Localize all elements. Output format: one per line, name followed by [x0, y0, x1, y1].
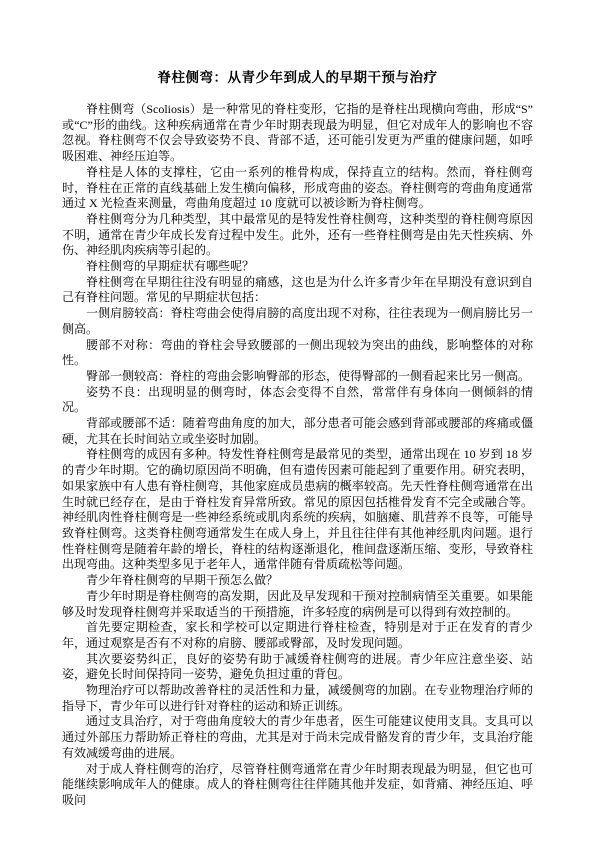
heading-early-intervention: 青少年脊柱侧弯的早期干预怎么做？ — [62, 573, 533, 589]
symptom-back-pain: 背部或腰部不适：随着弯曲角度的加大，部分患者可能会感到背部或腰部的疼痛或僵硬，尤… — [62, 416, 533, 447]
paragraph-posture-correction: 其次要姿势纠正，良好的姿势有助于减缓脊柱侧弯的进展。青少年应注意坐姿、站姿，避免… — [62, 652, 533, 683]
symptom-posture: 姿势不良：出现明显的侧弯时，体态会变得不自然，常常伴有身体向一侧倾斜的情况。 — [62, 385, 533, 416]
paragraph-intro: 脊柱侧弯（Scoliosis）是一种常见的脊柱变形，它指的是脊柱出现横向弯曲，形… — [62, 102, 533, 165]
paragraph-symptoms-intro: 脊柱侧弯在早期往往没有明显的痛感，这也是为什么许多青少年在早期没有意识到自己有脊… — [62, 275, 533, 306]
paragraph-types: 脊柱侧弯分为几种类型，其中最常见的是特发性脊柱侧弯，这种类型的脊柱侧弯原因不明，… — [62, 212, 533, 259]
document-body: 脊柱侧弯（Scoliosis）是一种常见的脊柱变形，它指的是脊柱出现横向弯曲，形… — [62, 102, 533, 809]
symptom-shoulder: 一侧肩膀较高：脊柱弯曲会使得肩膀的高度出现不对称，往往表现为一侧肩膀比另一侧高。 — [62, 306, 533, 337]
document-page: 脊柱侧弯：从青少年到成人的早期干预与治疗 脊柱侧弯（Scoliosis）是一种常… — [0, 0, 595, 841]
symptom-hip: 臀部一侧较高：脊柱的弯曲会影响臀部的形态，使得臀部的一侧看起来比另一侧高。 — [62, 369, 533, 385]
paragraph-adult-treatment: 对于成人脊柱侧弯的治疗，尽管脊柱侧弯通常在青少年时期表现最为明显，但它也可能继续… — [62, 762, 533, 809]
document-title: 脊柱侧弯：从青少年到成人的早期干预与治疗 — [62, 68, 533, 88]
heading-early-symptoms: 脊柱侧弯的早期症状有哪些呢？ — [62, 259, 533, 275]
paragraph-brace-treatment: 通过支具治疗，对于弯曲角度较大的青少年患者，医生可能建议使用支具。支具可以通过外… — [62, 714, 533, 761]
paragraph-spine-structure: 脊柱是人体的支撑柱，它由一系列的椎骨构成，保持直立的结构。然而，脊柱侧弯时，脊柱… — [62, 165, 533, 212]
paragraph-physical-therapy: 物理治疗可以帮助改善脊柱的灵活性和力量，减缓侧弯的加剧。在专业物理治疗师的指导下… — [62, 683, 533, 714]
paragraph-causes: 脊柱侧弯的成因有多种。特发性脊柱侧弯是最常见的类型，通常出现在 10 岁到 18… — [62, 447, 533, 573]
paragraph-intervention-intro: 青少年时期是脊柱侧弯的高发期，因此及早发现和干预对控制病情至关重要。如果能够及时… — [62, 589, 533, 620]
symptom-waist: 腰部不对称：弯曲的脊柱会导致腰部的一侧出现较为突出的曲线，影响整体的对称性。 — [62, 338, 533, 369]
paragraph-regular-checkup: 首先要定期检查，家长和学校可以定期进行脊柱检查，特别是对于正在发育的青少年，通过… — [62, 620, 533, 651]
